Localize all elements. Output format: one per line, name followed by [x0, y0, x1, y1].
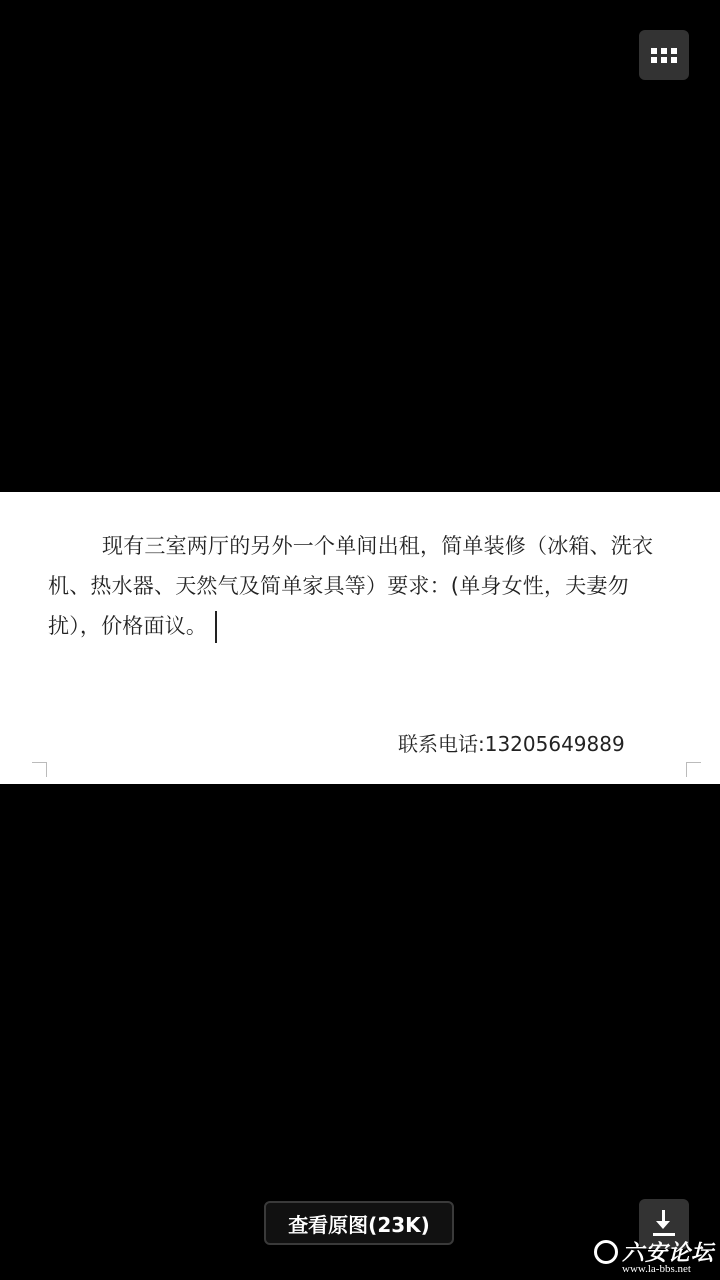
watermark: 六安论坛 www.la-bbs.net: [592, 1236, 718, 1278]
page-corner-mark-right: [686, 762, 701, 777]
text-cursor: [215, 611, 217, 643]
document-image[interactable]: 现有三室两厅的另外一个单间出租，简单装修（冰箱、洗衣机、热水器、天然气及简单家具…: [0, 492, 720, 784]
watermark-url: www.la-bbs.net: [622, 1263, 691, 1275]
rental-description-text: 现有三室两厅的另外一个单间出租，简单装修（冰箱、洗衣机、热水器、天然气及简单家具…: [48, 534, 653, 638]
page-corner-mark-left: [32, 762, 47, 777]
grid-view-button[interactable]: [639, 30, 689, 80]
watermark-logo-icon: [594, 1240, 618, 1264]
contact-phone: 联系电话:13205649889: [398, 728, 625, 757]
view-original-button[interactable]: 查看原图(23K): [264, 1201, 454, 1245]
grid-icon: [651, 48, 677, 63]
rental-description: 现有三室两厅的另外一个单间出租，简单装修（冰箱、洗衣机、热水器、天然气及简单家具…: [48, 526, 668, 646]
